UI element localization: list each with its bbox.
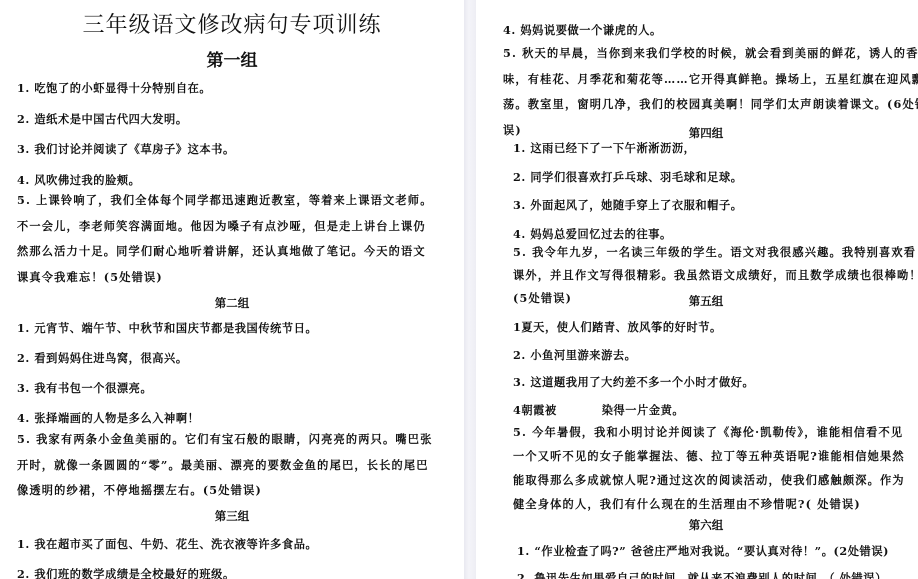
group-2-title: 第二组 <box>0 295 464 311</box>
g2-item-3: 3. 我有书包一个很漂亮。 <box>17 380 152 396</box>
g1-item-2: 2. 造纸术是中国古代四大发明。 <box>17 111 188 127</box>
g5-item-1: 1夏天，使人们踏青、放风筝的好时节。 <box>513 319 722 335</box>
g6-item-2: 2. 鲁迅先生如果爱自己的时间，就从来不浪费别人的时间。（ 处错误） <box>517 570 887 579</box>
g2-item-1: 1. 元宵节、端午节、中秋节和国庆节都是我国传统节日。 <box>17 320 317 336</box>
g1-item-4: 4. 风吹佛过我的脸颊。 <box>17 172 140 188</box>
group-6-title: 第六组 <box>476 517 918 533</box>
document-page-left: 三年级语文修改病句专项训练 第一组 1. 吃饱了的小虾显得十分特别自在。 2. … <box>0 0 464 579</box>
group-1-title: 第一组 <box>0 46 464 71</box>
g3-item-4: 4. 妈妈说要做一个谦虎的人。 <box>503 22 662 38</box>
g2-item-2: 2. 看到妈妈住进鸟窝，很高兴。 <box>17 350 188 366</box>
g2-item-4: 4. 张择端画的人物是多么入神啊！ <box>17 410 199 426</box>
g6-item-1: 1. “作业检查了吗?” 爸爸庄严地对我说。“要认真对待！”。(2处错误) <box>517 543 889 559</box>
g1-item-1: 1. 吃饱了的小虾显得十分特别自在。 <box>17 80 211 96</box>
g5-item-4: 4朝霞被 染得一片金黄。 <box>513 402 684 418</box>
g5-item-3: 3. 这道题我用了大约差不多一个小时才做好。 <box>513 374 754 390</box>
g4-item-3: 3. 外面起风了，她随手穿上了衣服和帽子。 <box>513 197 743 213</box>
g3-item-2: 2. 我们班的数学成绩是全校最好的班级。 <box>17 566 235 579</box>
page-gutter <box>464 0 476 579</box>
g5-item-5: 5. 今年暑假，我和小明讨论并阅读了《海伦·凯勒传》，谁能相信看不见一个又听不见… <box>513 420 909 516</box>
g4-item-2: 2. 同学们很喜欢打乒乓球、羽毛球和足球。 <box>513 169 743 185</box>
group-3-title: 第三组 <box>0 508 464 524</box>
g3-item-1: 1. 我在超市买了面包、牛奶、花生、洗衣液等许多食品。 <box>17 536 317 552</box>
document-title: 三年级语文修改病句专项训练 <box>0 8 464 39</box>
g1-item-3: 3. 我们讨论并阅读了《草房子》这本书。 <box>17 141 235 157</box>
g4-item-1: 1. 这雨已经下了一下午淅淅沥沥， <box>513 140 695 156</box>
g4-item-4: 4. 妈妈总爱回忆过去的往事。 <box>513 226 672 242</box>
group-5-title: 第五组 <box>476 293 918 309</box>
document-page-right: 4. 妈妈说要做一个谦虎的人。 5. 秋天的早晨，当你到来我们学校的时候，就会看… <box>476 0 918 579</box>
g2-item-5: 5. 我家有两条小金鱼美丽的。它们有宝石般的眼睛，闪亮亮的两只。嘴巴张开时，就像… <box>17 427 435 504</box>
group-4-title: 第四组 <box>476 125 918 141</box>
g1-item-5: 5. 上课铃响了，我们全体每个同学都迅速跑近教室，等着来上课语文老师。不一会儿，… <box>17 188 435 290</box>
g5-item-2: 2. 小鱼河里游来游去。 <box>513 347 636 363</box>
